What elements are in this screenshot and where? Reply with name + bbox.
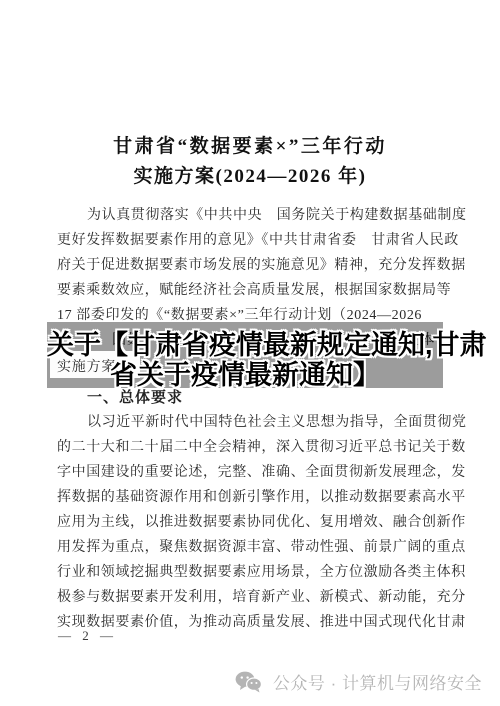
paragraph2-line: 字中国建设的重要论述，完整、准确、全面贯彻新发展理念，发 — [57, 461, 457, 481]
paragraph2-line: 的二十大和二十届二中全会精神，深入贯彻习近平总书记关于数 — [57, 436, 457, 456]
document-page: 甘肃省“数据要素×”三年行动 实施方案(2024—2026 年) 为认真贯彻落实… — [0, 0, 500, 706]
wechat-icon — [235, 671, 262, 698]
footer-label: 公众号 · 计算机与网络安全 — [273, 674, 482, 693]
paragraph2-line: 实现数据要素价值，为推动高质量发展、推进中国式现代化甘肃 — [57, 611, 457, 631]
paragraph2-line: 极参与数据要素开发利用，培育新产业、新模式、新动能，充分 — [57, 586, 457, 606]
doc-title-line1: 甘肃省“数据要素×”三年行动 — [0, 131, 500, 158]
overlay-caption-line2: 省关于疫情最新通知】 — [47, 353, 443, 392]
page-number: — 2 — — [58, 628, 117, 644]
paragraph1-line: 要素乘数效应，赋能经济社会高质量发展，根据国家数据局等 — [57, 279, 457, 299]
paragraph1-line: 为认真贯彻落实《中共中央 国务院关于构建数据基础制度 — [57, 204, 457, 224]
paragraph1-line: 17 部委印发的《“数据要素×”三年行动计划（2024—2026 — [57, 304, 457, 324]
paragraph2-line: 应用为主线，以推进数据要素协同优化、复用增效、融合创新作 — [57, 511, 457, 531]
paragraph1-line: 更好发挥数据要素作用的意见》《中共甘肃省委 甘肃省人民政 — [57, 229, 457, 249]
footer-watermark: 公众号 · 计算机与网络安全 — [0, 669, 482, 698]
paragraph2-line: 用发挥为重点，聚焦数据资源丰富、带动性强、前景广阔的重点 — [57, 536, 457, 556]
paragraph2-line: 行业和领域挖掘典型数据要素应用场景，全方位激励各类主体积 — [57, 561, 457, 581]
paragraph1-line: 府关于促进数据要素市场发展的实施意见》精神，充分发挥数据 — [57, 254, 457, 274]
paragraph2-line: 以习近平新时代中国特色社会主义思想为指导，全面贯彻党 — [57, 411, 457, 431]
doc-title-line2: 实施方案(2024—2026 年) — [0, 161, 500, 188]
paragraph2-line: 挥数据的基础资源作用和创新引擎作用，以推动数据要素高水平 — [57, 486, 457, 506]
